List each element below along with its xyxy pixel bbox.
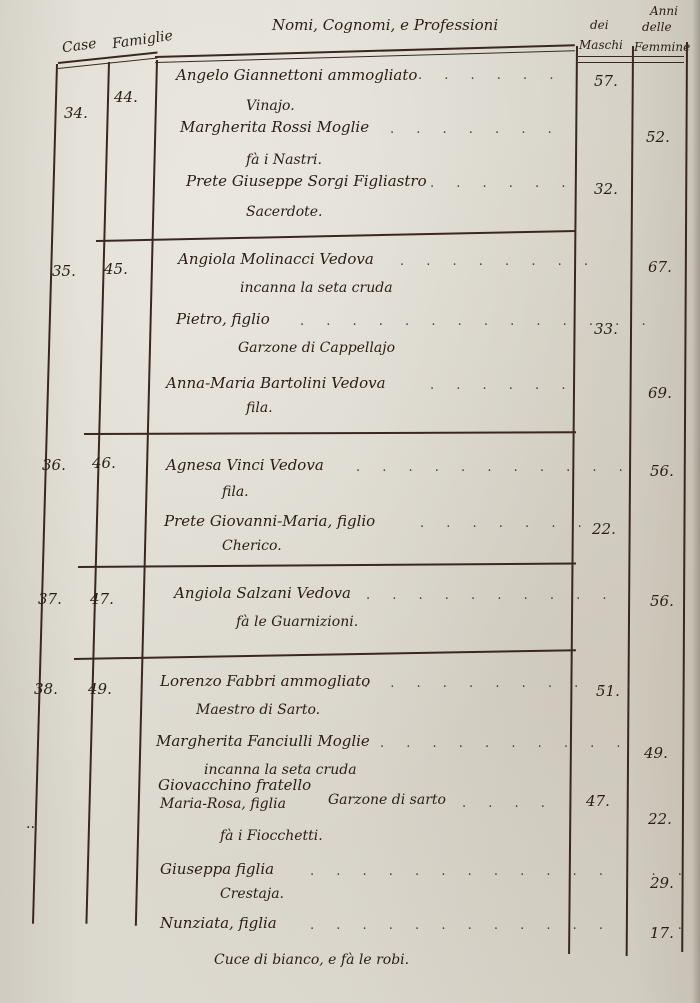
header-delle: delle bbox=[642, 20, 672, 34]
header-names-professions: Nomi, Cognomi, e Professioni bbox=[272, 16, 498, 34]
famiglia-number: 44. bbox=[114, 88, 138, 106]
leader-dots: . . . . . . . . . . . . . . . bbox=[310, 918, 691, 933]
casa-number: 38. bbox=[34, 680, 58, 698]
household-separator bbox=[84, 431, 576, 435]
header-rule bbox=[155, 50, 575, 63]
leader-dots: . . . . . . . bbox=[390, 122, 561, 137]
age-female: 52. bbox=[646, 128, 670, 146]
member-occupation: Maestro di Sarto. bbox=[196, 702, 320, 718]
age-female: 56. bbox=[650, 462, 674, 480]
leader-dots: . . . . bbox=[462, 796, 554, 811]
leader-dots: . . . . . . . . . . bbox=[366, 588, 616, 603]
age-male: 33. bbox=[594, 320, 618, 338]
household-separator bbox=[78, 563, 576, 568]
leader-dots: . . . . . . . . . . bbox=[380, 736, 630, 751]
member-occupation: Sacerdote. bbox=[246, 204, 323, 220]
age-male: 47. bbox=[586, 792, 610, 810]
member-name: Margherita Fanciulli Moglie bbox=[156, 732, 370, 750]
member-name: Agnesa Vinci Vedova bbox=[166, 456, 324, 474]
famiglia-number: 46. bbox=[92, 454, 116, 472]
leader-dots: . . . . . . . . . . . bbox=[356, 460, 632, 475]
household-separator bbox=[96, 230, 576, 242]
member-occupation: Cuce di bianco, e fà le robi. bbox=[214, 952, 409, 968]
age-female: 17. bbox=[650, 924, 674, 942]
header-anni: Anni bbox=[650, 4, 678, 18]
member-occupation: fila. bbox=[222, 484, 249, 500]
leader-dots: . . . . . . . . . . . . . . . bbox=[310, 864, 691, 879]
member-occupation: fà le Guarnizioni. bbox=[236, 614, 358, 630]
casa-number: 34. bbox=[64, 104, 88, 122]
member-name: Angiola Salzani Vedova bbox=[174, 584, 351, 602]
member-occupation: fà i Fiocchetti. bbox=[220, 828, 323, 844]
age-male: 32. bbox=[594, 180, 618, 198]
header-femmine: Femmine bbox=[634, 40, 690, 54]
age-male: 22. bbox=[592, 520, 616, 538]
member-name: Angelo Giannettoni ammogliato bbox=[176, 66, 417, 84]
member-occupation: Garzone di sarto bbox=[328, 792, 446, 808]
column-rule-case-left bbox=[32, 64, 58, 924]
header-famiglie: Famiglie bbox=[111, 28, 174, 52]
casa-number: 37. bbox=[38, 590, 62, 608]
header-maschi: Maschi bbox=[579, 38, 623, 52]
casa-number: 35. bbox=[52, 262, 76, 280]
age-female: 56. bbox=[650, 592, 674, 610]
member-name: Pietro, figlio bbox=[176, 310, 270, 328]
member-name: Nunziata, figlia bbox=[160, 914, 277, 932]
column-rule-femmine-right bbox=[681, 42, 688, 952]
column-rule-case-famiglie bbox=[85, 62, 110, 924]
age-female: 67. bbox=[648, 258, 672, 276]
age-female: 69. bbox=[648, 384, 672, 402]
member-occupation: Vinajo. bbox=[246, 98, 295, 114]
member-occupation: fila. bbox=[246, 400, 273, 416]
member-name: Giovacchino fratello bbox=[158, 776, 311, 794]
casa-number: 36. bbox=[42, 456, 66, 474]
member-name: Anna-Maria Bartolini Vedova bbox=[166, 374, 386, 392]
member-occupation: Garzone di Cappellajo bbox=[238, 340, 395, 356]
age-female: 49. bbox=[644, 744, 668, 762]
leader-dots: . . . . . . bbox=[418, 68, 562, 83]
member-name: Prete Giovanni-Maria, figlio bbox=[164, 512, 375, 530]
famiglia-number: 47. bbox=[90, 590, 114, 608]
member-name: Angiola Molinacci Vedova bbox=[178, 250, 374, 268]
member-occupation: incanna la seta cruda bbox=[240, 280, 393, 296]
famiglia-number: 45. bbox=[104, 260, 128, 278]
page-edge-shadow bbox=[692, 0, 700, 1003]
leader-dots: . . . . . . bbox=[430, 176, 574, 191]
age-male: 51. bbox=[596, 682, 620, 700]
column-rule-famiglie-names bbox=[135, 60, 158, 926]
member-occupation: Cherico. bbox=[222, 538, 282, 554]
leader-dots: . . . . . . bbox=[430, 378, 574, 393]
member-name: Margherita Rossi Moglie bbox=[180, 118, 369, 136]
margin-mark: .. bbox=[26, 816, 35, 832]
member-occupation: fà i Nastri. bbox=[246, 152, 322, 168]
column-rule-maschi-femmine bbox=[626, 46, 634, 956]
header-dei: dei bbox=[590, 18, 609, 32]
age-female: 22. bbox=[648, 810, 672, 828]
age-male: 57. bbox=[594, 72, 618, 90]
household-separator bbox=[74, 649, 576, 660]
member-name: Lorenzo Fabbri ammogliato bbox=[160, 672, 370, 690]
age-female: 29. bbox=[650, 874, 674, 892]
member-occupation: Crestaja. bbox=[220, 886, 284, 902]
member-name: Giuseppa figlia bbox=[160, 860, 274, 878]
leader-dots: . . . . . . . bbox=[420, 516, 591, 531]
member-name: Maria-Rosa, figlia bbox=[160, 796, 286, 812]
member-name: Prete Giuseppe Sorgi Figliastro bbox=[186, 172, 427, 190]
famiglia-number: 49. bbox=[88, 680, 112, 698]
leader-dots: . . . . . . . . bbox=[400, 254, 597, 269]
header-case: Case bbox=[61, 36, 97, 57]
